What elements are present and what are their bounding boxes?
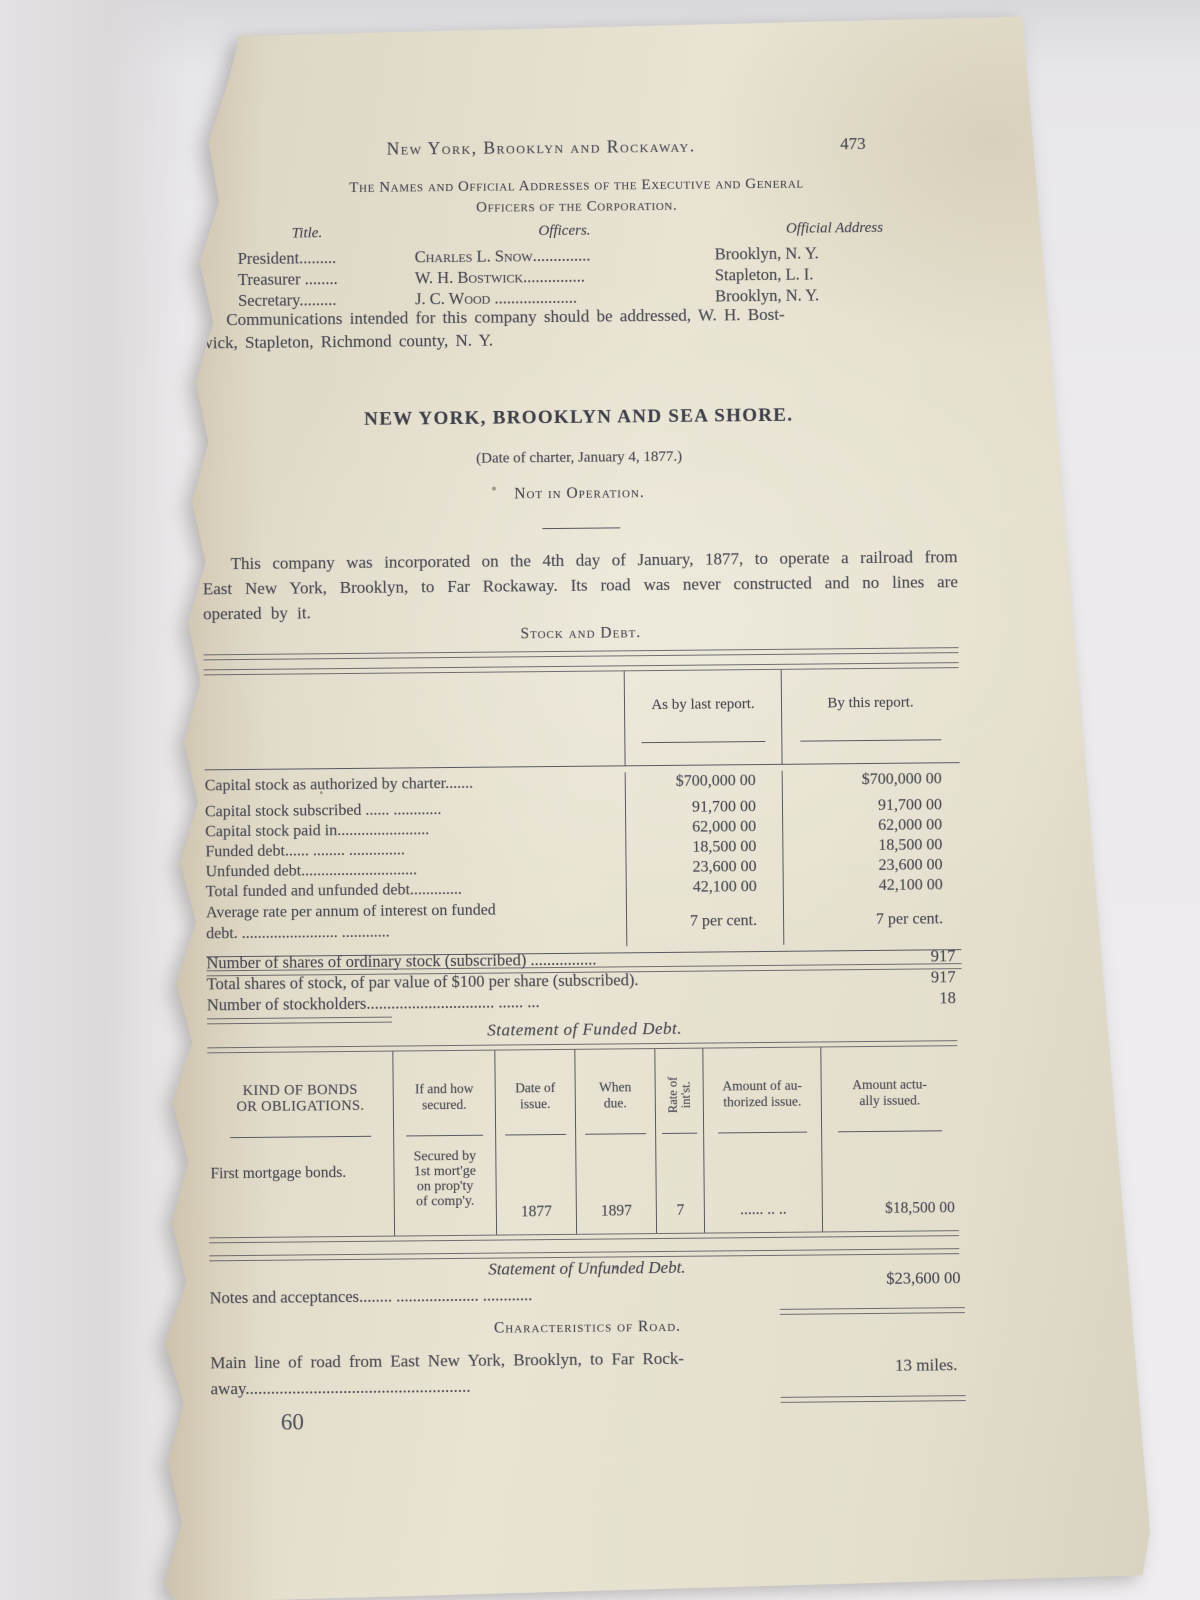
bond-issued: $18,500 00 xyxy=(821,1138,959,1231)
col-if-and-how-secured: If and how secured. xyxy=(392,1051,495,1144)
share-value: 18 xyxy=(846,987,962,1009)
funded-debt-table: KIND OF BONDS OR OBLIGATIONS. If and how… xyxy=(207,1040,959,1261)
unfunded-debt-value: $23,600 00 xyxy=(886,1268,960,1289)
running-title: New York, Brooklyn and Rockaway. xyxy=(199,134,884,162)
officer-title: Treasurer ........ xyxy=(200,267,415,290)
shares-summary: Number of shares of ordinary stock (subs… xyxy=(206,945,962,1015)
row-this-value: 42,100 00 xyxy=(783,875,961,897)
communications-note: Communications intended for this company… xyxy=(200,301,955,354)
bond-authorized: ...... .. .. xyxy=(703,1139,822,1232)
row-last-value: $700,000 00 xyxy=(625,771,782,799)
share-value: 917 xyxy=(846,966,962,988)
officer-title: President......... xyxy=(200,246,415,269)
stock-debt-header-row: As by last report. By this report. xyxy=(204,668,960,770)
bond-when-due: 1897 xyxy=(575,1141,656,1234)
officers-column-headers: Title. Officers. Official Address xyxy=(199,219,954,243)
characteristics-heading: Characteristics of Road. xyxy=(210,1315,965,1340)
row-last-value: 7 per cent. xyxy=(626,897,783,947)
col-title: Title. xyxy=(199,224,414,243)
row-this-value: 62,000 00 xyxy=(782,815,960,837)
photo-background: New York, Brooklyn and Rockaway. 473 The… xyxy=(0,0,1200,1600)
main-line-mileage: 13 miles. xyxy=(895,1355,958,1376)
col-rate-of-interest: Rate of int'st. xyxy=(654,1049,703,1141)
stock-debt-table: As by last report. By this report. Capit… xyxy=(204,647,962,976)
book-page: New York, Brooklyn and Rockaway. 473 The… xyxy=(132,13,1157,1600)
officer-address: Stapleton, L. I. xyxy=(715,262,955,285)
mileage-rule xyxy=(781,1395,966,1403)
section-divider-rule xyxy=(542,527,620,529)
col-official-address: Official Address xyxy=(714,219,954,238)
main-line-label: Main line of road from East New York, Br… xyxy=(210,1344,830,1402)
page-content: New York, Brooklyn and Rockaway. 473 The… xyxy=(197,15,967,1600)
funded-debt-header-row: KIND OF BONDS OR OBLIGATIONS. If and how… xyxy=(207,1046,958,1145)
officers-heading: The Names and Official Addresses of the … xyxy=(199,172,954,221)
unfunded-total-rule xyxy=(780,1307,965,1315)
officer-name: W. H. Bostwick............... xyxy=(415,264,715,288)
charter-date: (Date of charter, January 4, 1877.) xyxy=(202,446,957,470)
col-date-of-issue: Date of issue. xyxy=(494,1050,575,1143)
col-kind-of-bonds: KIND OF BONDS OR OBLIGATIONS. xyxy=(207,1052,393,1146)
officer-name: Charles L. Snow.............. xyxy=(415,243,715,267)
company-description: This company was incorporated on the 4th… xyxy=(203,544,959,626)
unfunded-debt-label: Notes and acceptances........ ..........… xyxy=(210,1285,533,1308)
page-paper: New York, Brooklyn and Rockaway. 473 The… xyxy=(132,13,1157,1600)
bond-date-of-issue: 1877 xyxy=(495,1142,576,1235)
characteristics-section: Characteristics of Road. Main line of ro… xyxy=(210,1315,965,1322)
row-this-value: 91,700 00 xyxy=(782,795,960,817)
row-last-value: 62,000 00 xyxy=(625,817,782,839)
row-this-value: $700,000 00 xyxy=(782,769,960,797)
rate-header-rotated: Rate of int'st. xyxy=(666,1062,693,1128)
row-this-value: 23,600 00 xyxy=(782,855,960,877)
table-row: Average rate per annum of interest on fu… xyxy=(206,895,961,950)
row-label: Average rate per annum of interest on fu… xyxy=(206,898,626,950)
row-last-value: 23,600 00 xyxy=(625,857,782,879)
row-this-value: 18,500 00 xyxy=(782,835,960,857)
col-amount-issued: Amount actu- ally issued. xyxy=(820,1046,958,1139)
col-officers: Officers. xyxy=(414,221,714,241)
row-last-value: 18,500 00 xyxy=(625,837,782,859)
col-by-this-report: By this report. xyxy=(781,668,960,764)
running-head: New York, Brooklyn and Rockaway. 473 xyxy=(199,133,954,140)
row-label: Capital stock as authorized by charter..… xyxy=(205,772,625,802)
signature-mark: 60 xyxy=(281,1409,304,1435)
company-title: NEW YORK, BROOKLYN AND SEA SHORE. xyxy=(201,403,956,432)
col-amount-authorized: Amount of au- thorized issue. xyxy=(702,1047,821,1140)
row-last-value: 91,700 00 xyxy=(625,797,782,819)
officer-address: Brooklyn, N. Y. xyxy=(715,241,955,264)
row-this-value: 7 per cent. xyxy=(783,895,961,945)
bond-secured: Secured by 1st mort'ge on prop'ty of com… xyxy=(393,1143,496,1236)
col-when-due: When due. xyxy=(574,1049,655,1142)
bond-kind: First mortgage bonds. xyxy=(208,1144,394,1238)
bond-rate: 7 xyxy=(655,1141,704,1233)
col-as-by-last-report: As by last report. xyxy=(624,670,782,766)
row-last-value: 42,100 00 xyxy=(626,877,783,899)
funded-debt-data-row: First mortgage bonds. Secured by 1st mor… xyxy=(208,1138,959,1237)
page-number: 473 xyxy=(840,134,866,154)
share-value: 917 xyxy=(845,945,961,967)
operation-status: Not in Operation. xyxy=(202,481,957,506)
